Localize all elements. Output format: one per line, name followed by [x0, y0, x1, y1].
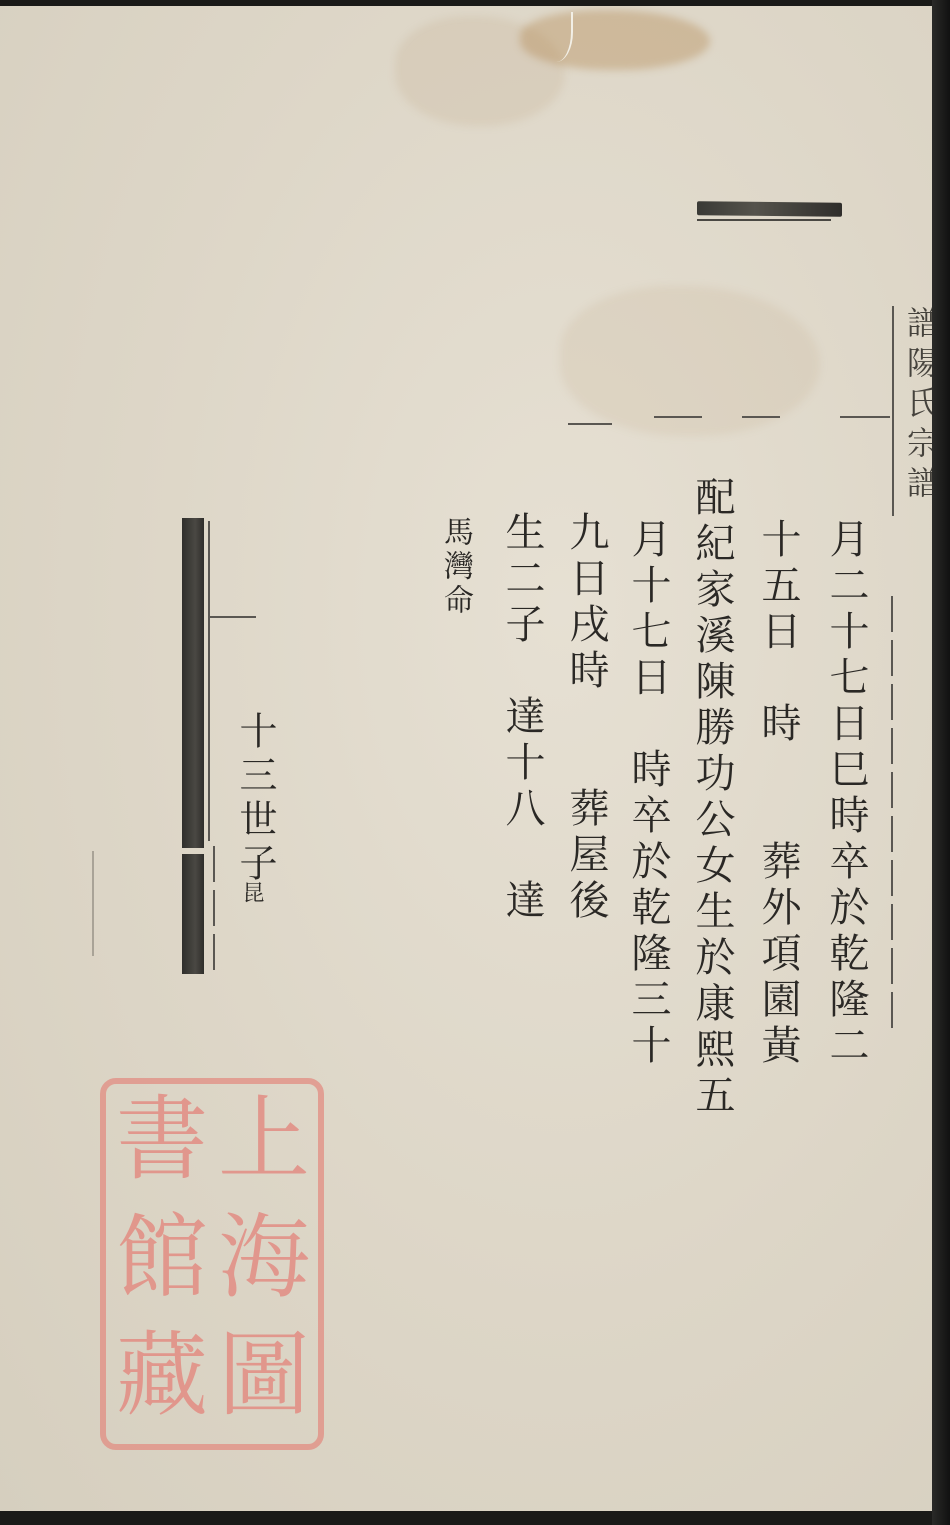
water-stain	[560, 286, 820, 436]
rule-segment	[210, 616, 256, 618]
seal-char: 館	[112, 1212, 212, 1304]
margin-frame-line	[891, 596, 893, 1036]
rule-segment	[568, 423, 612, 425]
text-column-1: 月二十七日巳時卒於乾隆二	[826, 518, 866, 1070]
frame-line	[213, 846, 215, 976]
seal-char: 藏	[112, 1330, 212, 1422]
seal-char: 書	[112, 1094, 212, 1186]
text-column-2: 十五日 時 葬外項園黃	[758, 518, 798, 1070]
faint-line	[92, 851, 94, 956]
header-rule	[697, 219, 831, 221]
header-block-bar	[697, 201, 842, 217]
margin-frame-line	[892, 306, 894, 516]
generation-label: 十三世子	[236, 711, 274, 887]
scan-border	[932, 0, 950, 1525]
text-column-6: 生二子 達十八 達	[502, 511, 542, 925]
seal-char: 圖	[214, 1330, 314, 1422]
document-page: 譜陽氏宗譜 月二十七日巳時卒於乾隆二 十五日 時 葬外項園黃 配紀家溪陳勝功公女…	[0, 6, 934, 1511]
rule-segment	[742, 416, 780, 418]
library-seal: 上 海 圖 書 館 藏	[100, 1078, 324, 1450]
block-edge	[182, 518, 204, 848]
block-edge	[182, 854, 204, 974]
seal-char: 上	[214, 1094, 314, 1186]
text-column-4: 月十七日 時卒於乾隆三十	[628, 518, 668, 1070]
text-column-3: 配紀家溪陳勝功公女生於康熙五	[692, 476, 732, 1120]
rule-segment	[840, 416, 890, 418]
text-column-5: 九日戌時 葬屋後	[566, 511, 606, 925]
text-fragment: 昆	[240, 881, 262, 907]
margin-title: 譜陽氏宗譜	[898, 306, 934, 506]
text-column-7: 馬灣命	[440, 516, 470, 618]
seal-char: 海	[214, 1212, 314, 1304]
rule-segment	[654, 416, 702, 418]
frame-line	[208, 521, 210, 841]
